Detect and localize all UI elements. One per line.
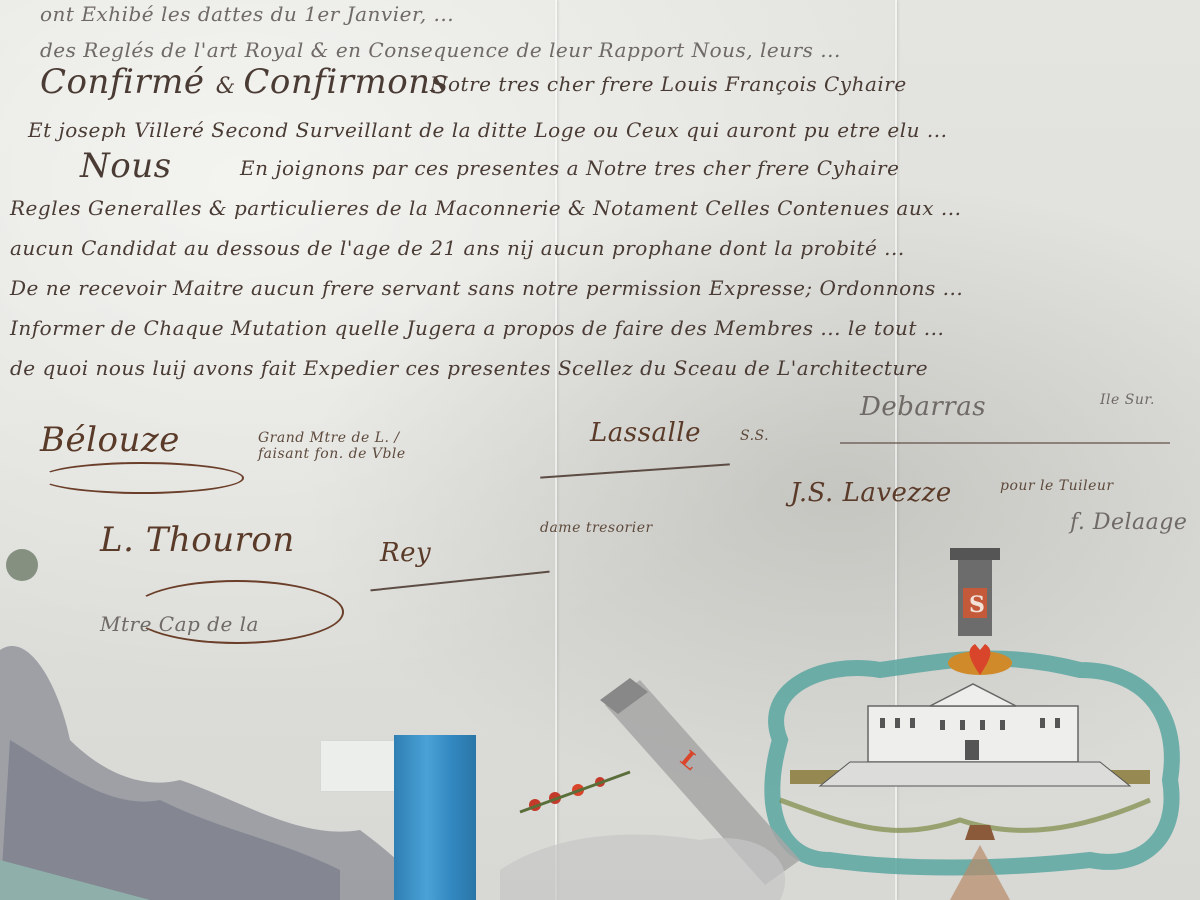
signature-delaage: f. Delaage bbox=[1070, 510, 1187, 535]
signature-debarras: Debarras bbox=[860, 392, 986, 422]
body-line: Et joseph Villeré Second Surveillant de … bbox=[28, 118, 947, 142]
signature-title: dame tresorier bbox=[540, 520, 653, 536]
signature-title: S.S. bbox=[740, 428, 769, 444]
rock-cloud-illustration bbox=[0, 549, 430, 900]
body-line: de quoi nous luij avons fait Expedier ce… bbox=[10, 356, 928, 380]
body-line: ont Exhibé les dattes du 1er Janvier, ..… bbox=[40, 2, 454, 26]
signature-lavezze: J.S. Lavezze bbox=[790, 478, 952, 508]
signature-title: Grand Mtre de L. / faisant fon. de Vble bbox=[258, 430, 428, 462]
signature-belouze: Bélouze bbox=[40, 420, 180, 460]
body-line: Regles Generalles & particulieres de la … bbox=[10, 196, 961, 220]
signature-lassalle: Lassalle bbox=[590, 418, 701, 448]
body-line: Notre tres cher frere Louis François Cyh… bbox=[430, 72, 907, 96]
word-confirmons: Confirmons bbox=[243, 62, 448, 102]
body-line: Informer de Chaque Mutation quelle Juger… bbox=[10, 316, 944, 340]
blue-seal-ribbon bbox=[394, 735, 476, 900]
signature-title: Ile Sur. bbox=[1100, 392, 1155, 408]
body-line: De ne recevoir Maitre aucun frere servan… bbox=[10, 276, 963, 300]
signature-flourish bbox=[40, 462, 244, 494]
signature-underline bbox=[840, 442, 1170, 444]
body-line: aucun Candidat au dessous de l'age de 21… bbox=[10, 236, 905, 260]
signature-title: pour le Tuileur bbox=[1000, 478, 1114, 494]
illustration-layer: S L bbox=[0, 540, 1200, 900]
word-nous: Nous bbox=[80, 146, 172, 186]
flower-garland bbox=[520, 772, 630, 812]
cartouche-illustration: S bbox=[772, 548, 1172, 900]
column-letter: S bbox=[969, 592, 985, 618]
body-line: des Reglés de l'art Royal & en Consequen… bbox=[40, 38, 841, 62]
adhesive-tape bbox=[320, 740, 402, 792]
body-line: En joignons par ces presentes a Notre tr… bbox=[240, 156, 899, 180]
body-line-emphasis: Confirmé & Confirmons bbox=[40, 62, 449, 102]
word-confirme: Confirmé bbox=[40, 62, 204, 102]
